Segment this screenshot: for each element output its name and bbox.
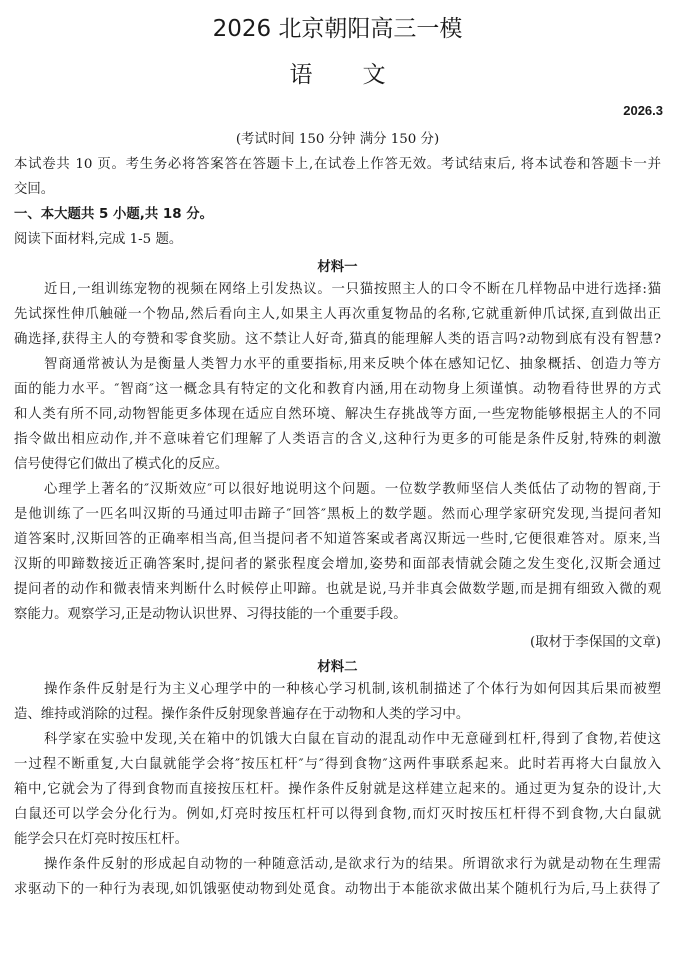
material1-line: 确选择,获得主人的夸赞和零食奖励。这不禁让人好奇,猫真的能理解人类的语言吗?动物… bbox=[14, 331, 661, 349]
instructions-line: 本试卷共 10 页。考生务必将答案答在答题卡上,在试卷上作答无效。考试结束后, … bbox=[14, 156, 661, 174]
material1-heading: 材料一 bbox=[0, 256, 675, 275]
material1-line: 和人类有所不同,动物智能更多体现在适应自然环境、解决生存挑战等方面,一些宠物能够… bbox=[14, 406, 661, 424]
material2-line: 能学会只在灯亮时按压杠杆。 bbox=[14, 831, 661, 849]
exam-date: 2026.3 bbox=[623, 103, 663, 118]
instructions-line: 交回。 bbox=[14, 181, 661, 199]
material2-line: 操作条件反射是行为主义心理学中的一种核心学习机制,该机制描述了个体行为如何因其后… bbox=[44, 681, 661, 699]
subject-char: 文 bbox=[363, 56, 386, 89]
material2-line: 白鼠还可以学会分化行为。例如,灯亮时按压杠杆可以得到食物,而灯灭时按压杠杆得不到… bbox=[14, 806, 661, 824]
material1-line: 心理学上著名的″汉斯效应″可以很好地说明这个问题。一位数学教师坚信人类低估了动物… bbox=[44, 481, 661, 499]
section-heading: 一、本大题共 5 小题,共 18 分。 bbox=[14, 206, 661, 224]
material2-heading: 材料二 bbox=[0, 656, 675, 675]
material2-line: 操作条件反射的形成起自动物的一种随意活动,是欲求行为的结果。所谓欲求行为就是动物… bbox=[44, 856, 661, 874]
material1-line: 面的能力水平。″智商″这一概念具有特定的文化和教育内涵,用在动物身上须谨慎。动物… bbox=[14, 381, 661, 399]
material1-line: 指令做出相应动作,并不意味着它们理解了人类语言的含义,这种行为更多的可能是条件反… bbox=[14, 431, 661, 449]
material2-line: 求驱动下的一种行为表现,如饥饿驱使动物到处觅食。动物出于本能欲求做出某个随机行为… bbox=[14, 881, 661, 899]
material2-line: 一过程不断重复,大白鼠就能学会将″按压杠杆″与″得到食物″这两件事联系起来。此时… bbox=[14, 756, 661, 774]
exam-info: (考试时间 150 分钟 满分 150 分) bbox=[0, 128, 675, 147]
material2-line: 造、维持或消除的过程。操作条件反射现象普遍存在于动物和人类的学习中。 bbox=[14, 706, 661, 724]
exam-title: 2026 北京朝阳高三一模 bbox=[0, 10, 675, 43]
material1-line: 智商通常被认为是衡量人类智力水平的重要指标,用来反映个体在感知记忆、抽象概括、创… bbox=[44, 356, 661, 374]
material2-line: 箱中,它就会为了得到食物而直接按压杠杆。操作条件反射就是这样建立起来的。通过更为… bbox=[14, 781, 661, 799]
material2-line: 科学家在实验中发现,关在箱中的饥饿大白鼠在盲动的混乱动作中无意碰到杠杆,得到了食… bbox=[44, 731, 661, 749]
section-prompt: 阅读下面材料,完成 1-5 题。 bbox=[14, 231, 661, 249]
subject-char: 语 bbox=[290, 56, 313, 89]
material1-line: 信号使得它们做出了模式化的反应。 bbox=[14, 456, 661, 474]
material1-line: 是他训练了一匹名叫汉斯的马通过叩击蹄子″回答″黑板上的数学题。然而心理学家研究发… bbox=[14, 506, 661, 524]
material1-source: (取材于李保国的文章) bbox=[530, 631, 661, 650]
material1-line: 近日,一组训练宠物的视频在网络上引发热议。一只猫按照主人的口令不断在几样物品中进… bbox=[44, 281, 661, 299]
material1-line: 汉斯的叩蹄数接近正确答案时,提问者的紧张程度会增加,姿势和面部表情就会随之发生变… bbox=[14, 556, 661, 574]
material1-line: 道答案时,汉斯回答的正确率相当高,但当提问者不知道答案或者离汉斯远一些时,它便很… bbox=[14, 531, 661, 549]
material1-line: 察能力。观察学习,正是动物认识世界、习得技能的一个重要手段。 bbox=[14, 606, 661, 624]
subject-title: 语文 bbox=[0, 56, 675, 89]
material1-line: 提问者的动作和微表情来判断什么时候停止叩蹄。也就是说,马并非真会做数学题,而是拥… bbox=[14, 581, 661, 599]
material1-line: 先试探性伸爪触碰一个物品,然后看向主人,如果主人再次重复物品的名称,它就重新伸爪… bbox=[14, 306, 661, 324]
